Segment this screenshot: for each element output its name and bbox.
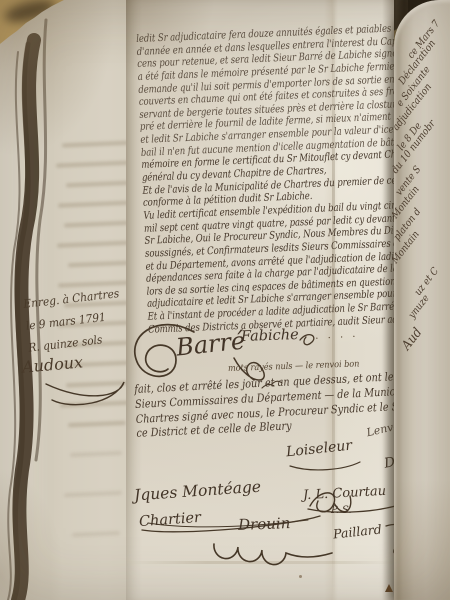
courtau-subscript-note: P. S.	[331, 505, 352, 516]
right-page-text: ce Mars 7 Déclaration e Soixante adjudic…	[392, 0, 450, 600]
drouin-loop-flourish	[204, 528, 344, 564]
manuscript-photo: Enreg. à Chartres le 9 mars 1791 R. quin…	[0, 0, 450, 600]
loiseleur-underline-flourish	[288, 458, 362, 472]
signature-fabiche: Fabiche	[241, 327, 299, 345]
handwriting-fragment: ynuze	[407, 293, 432, 321]
handwriting-fragment: uz et C	[413, 266, 441, 298]
audoux-paraph-flourish	[42, 376, 130, 408]
fabiche-paraph-flourish	[296, 330, 322, 350]
ink-speck	[299, 575, 302, 578]
handwriting-fragment: Aud	[399, 325, 425, 353]
